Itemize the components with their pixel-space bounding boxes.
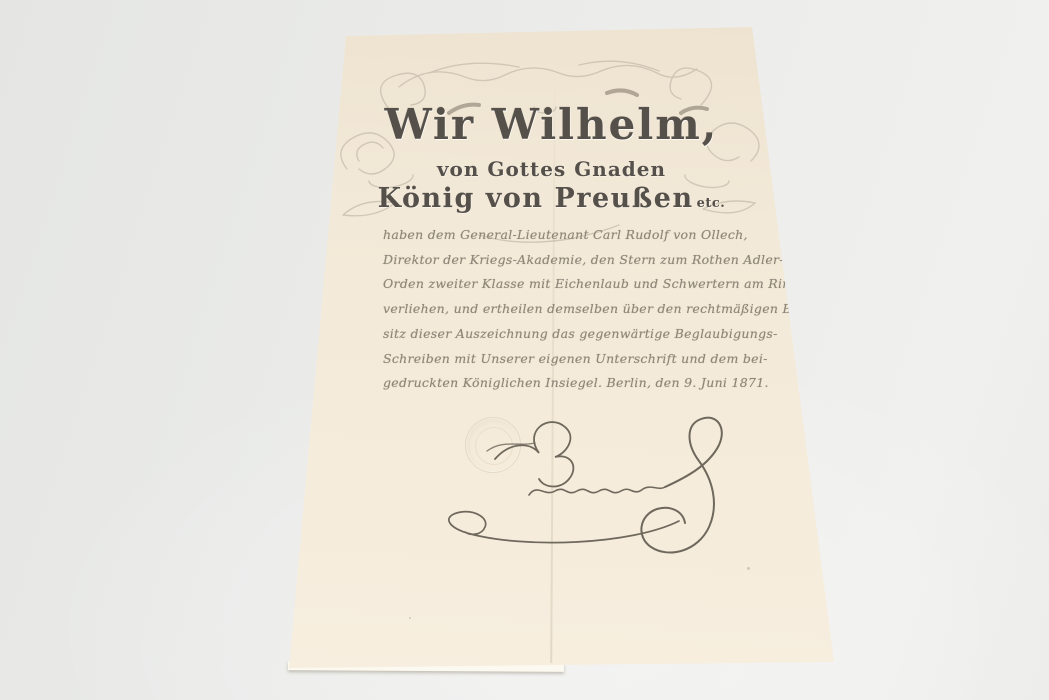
manuscript-line-5: sitz dieser Auszeichnung das gegenwärtig… [383,322,793,347]
photograph-background: Wir Wilhelm, von Gottes Gnaden König von… [0,0,1049,700]
heading-wir-wilhelm: Wir Wilhelm, [289,101,814,149]
manuscript-line-7: gedruckten Königlichen Insiegel. Berlin,… [383,371,793,396]
manuscript-line-1: haben dem General-Lieutenant Carl Rudolf… [383,223,793,248]
manuscript-line-4: verliehen, und ertheilen demselben über … [383,297,793,322]
citation-document-paper: Wir Wilhelm, von Gottes Gnaden König von… [289,27,834,668]
heading-von-gottes-gnaden: von Gottes Gnaden [289,157,814,181]
paper-speck [747,567,750,570]
heading-koenig-text: König von Preußen [378,183,694,214]
heading-koenig-von-preussen: König von Preußenetc. [289,183,814,220]
manuscript-line-3: Orden zweiter Klasse mit Eichenlaub und … [383,272,793,297]
royal-signature-flourish [429,399,769,564]
manuscript-body: haben dem General-Lieutenant Carl Rudolf… [383,223,793,396]
printed-royal-heading: Wir Wilhelm, von Gottes Gnaden König von… [289,101,814,220]
heading-etc-suffix: etc. [697,196,726,211]
manuscript-line-2: Direktor der Kriegs-Akademie, den Stern … [383,248,793,273]
paper-speck [409,617,411,619]
manuscript-line-6: Schreiben mit Unserer eigenen Unterschri… [383,347,793,372]
